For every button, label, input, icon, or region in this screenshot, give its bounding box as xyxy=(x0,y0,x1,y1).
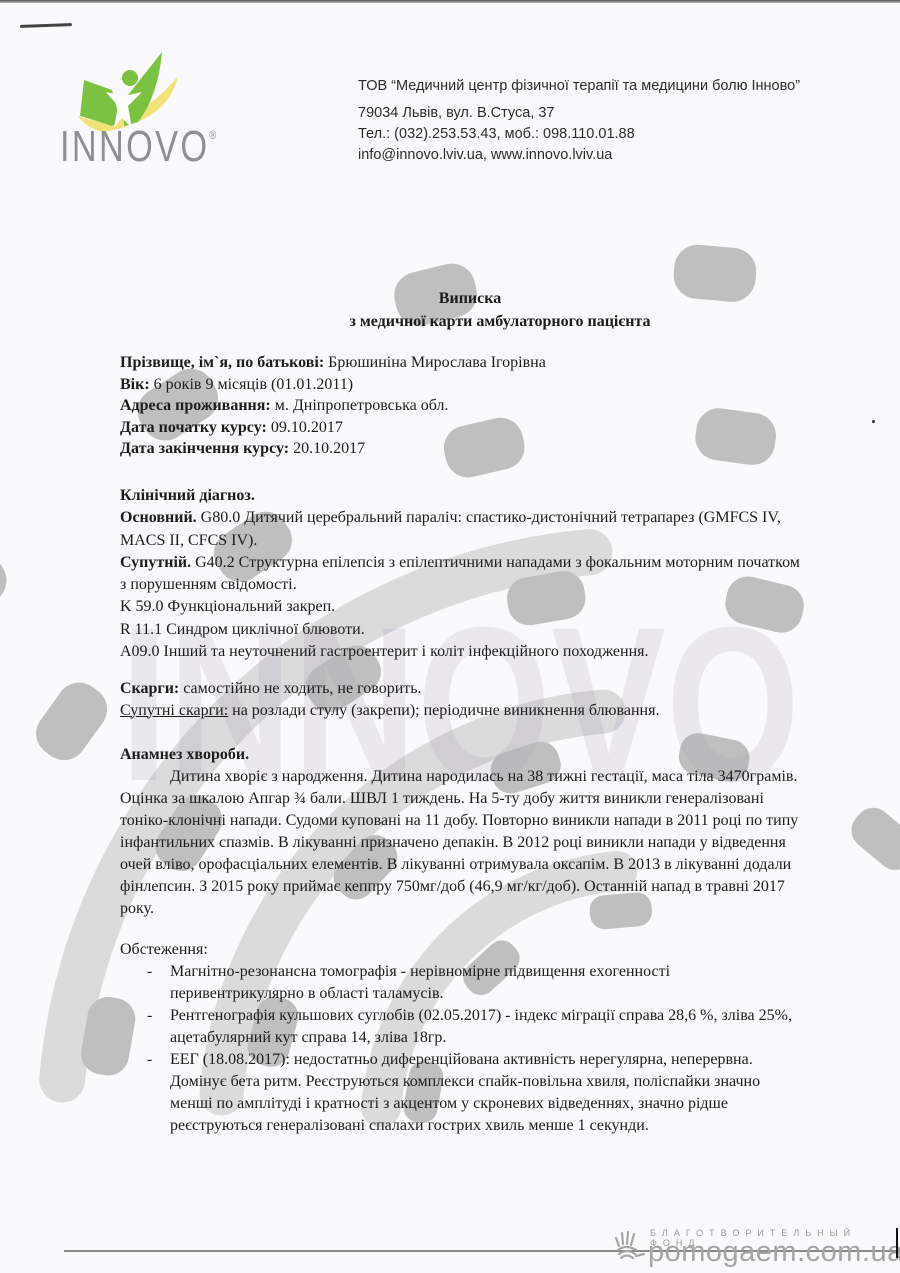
anamnesis: Анамнез хвороби. Дитина хворіє з народже… xyxy=(120,744,800,920)
patient-address-label: Адреса проживання: xyxy=(120,397,271,414)
diagnosis-concomitant-value: G40.2 Структурна епілепсія з епілептични… xyxy=(120,554,800,593)
hand-print-icon xyxy=(610,1228,646,1264)
patient-info: Прізвище, ім`я, по батькові: Брюшиніна М… xyxy=(120,352,800,460)
complaints: Скарги: самостійно не ходить, не говорит… xyxy=(120,678,800,721)
diagnosis-main: Основний. G80.0 Дитячий церебральний пар… xyxy=(120,507,800,552)
scan-speck xyxy=(872,420,875,423)
concomitant-complaints-row: Супутні скарги: на розлади стулу (закреп… xyxy=(120,700,800,722)
document-title: Виписка xyxy=(120,288,800,309)
examination-item: Рентгенографія кульшових суглобів (02.05… xyxy=(120,1005,800,1049)
organization-phones: Тел.: (032).253.53.43, моб.: 098.110.01.… xyxy=(358,124,800,145)
examinations: Обстеження: Магнітно-резонансна томограф… xyxy=(120,939,800,1137)
organization-header: ТОВ “Медичний центр фізичної терапії та … xyxy=(358,78,800,166)
organization-name: ТОВ “Медичний центр фізичної терапії та … xyxy=(358,78,800,94)
course-start-label: Дата початку курсу: xyxy=(120,419,267,436)
course-end-value: 20.10.2017 xyxy=(289,440,365,457)
examinations-heading: Обстеження: xyxy=(120,939,800,961)
organization-contacts[interactable]: info@innovo.lviv.ua, www.innovo.lviv.ua xyxy=(358,145,800,166)
diagnosis-extra-item: K 59.0 Функціональний закреп. xyxy=(120,596,800,618)
diagnosis-concomitant: Супутній. G40.2 Структурна епілепсія з е… xyxy=(120,552,800,597)
diagnosis-main-label: Основний. xyxy=(120,509,197,526)
patient-name-label: Прізвище, ім`я, по батькові: xyxy=(120,354,324,371)
diagnosis-main-value: G80.0 Дитячий церебральний параліч: спас… xyxy=(120,509,781,548)
diagnosis-extra-item: A09.0 Інший та неуточнений гастроентерит… xyxy=(120,641,800,663)
scan-mark xyxy=(20,23,72,28)
scan-top-edge xyxy=(0,0,900,3)
document-title-block: Виписка з медичної карти амбулаторного п… xyxy=(120,288,800,332)
diagnosis-extra-item: R 11.1 Синдром циклічної блювоти. xyxy=(120,619,800,641)
concomitant-complaints-value: на розлади стулу (закрепи); періодичне в… xyxy=(228,702,659,719)
registered-mark: ® xyxy=(209,128,216,142)
course-start-row: Дата початку курсу: 09.10.2017 xyxy=(120,417,800,439)
complaints-label: Скарги: xyxy=(120,680,179,697)
charity-brand[interactable]: pomogaem.com.ua xyxy=(648,1236,900,1269)
scan-edge-mark xyxy=(896,1228,898,1258)
patient-age-label: Вік: xyxy=(120,376,150,393)
anamnesis-heading: Анамнез хвороби. xyxy=(120,744,800,766)
complaints-row: Скарги: самостійно не ходить, не говорит… xyxy=(120,678,800,700)
brand-name: INNOVO xyxy=(60,122,209,171)
concomitant-complaints-label: Супутні скарги: xyxy=(120,702,228,719)
patient-age-row: Вік: 6 років 9 місяців (01.01.2011) xyxy=(120,374,800,396)
clinical-diagnosis: Клінічний діагноз. Основний. G80.0 Дитяч… xyxy=(120,485,800,663)
organization-address: 79034 Львів, вул. В.Стуса, 37 xyxy=(358,103,800,124)
brand-logo-text: INNOVO® xyxy=(60,122,216,172)
complaints-value: самостійно не ходить, не говорить. xyxy=(179,680,421,697)
anamnesis-text: Дитина хворіє з народження. Дитина народ… xyxy=(120,766,800,920)
examination-item: Магнітно-резонансна томографія - нерівно… xyxy=(120,961,800,1005)
patient-address-row: Адреса проживання: м. Дніпропетровська о… xyxy=(120,395,800,417)
patient-name-row: Прізвище, ім`я, по батькові: Брюшиніна М… xyxy=(120,352,800,374)
course-start-value: 09.10.2017 xyxy=(267,419,343,436)
examination-item: ЕЕГ (18.08.2017): недостатньо диференцій… xyxy=(120,1049,800,1137)
patient-address-value: м. Дніпропетровська обл. xyxy=(271,397,449,414)
course-end-label: Дата закінчення курсу: xyxy=(120,440,289,457)
document-subtitle: з медичної карти амбулаторного пацієнта xyxy=(120,311,800,332)
patient-name-value: Брюшиніна Мирослава Ігорівна xyxy=(324,354,546,371)
examinations-list: Магнітно-резонансна томографія - нерівно… xyxy=(120,961,800,1137)
patient-age-value: 6 років 9 місяців (01.01.2011) xyxy=(150,376,353,393)
diagnosis-heading: Клінічний діагноз. xyxy=(120,485,800,507)
course-end-row: Дата закінчення курсу: 20.10.2017 xyxy=(120,438,800,460)
charity-watermark: БЛАГОТВОРИТЕЛЬНЫЙ ФОНД pomogaem.com.ua xyxy=(608,1226,900,1266)
diagnosis-concomitant-label: Супутній. xyxy=(120,554,191,571)
